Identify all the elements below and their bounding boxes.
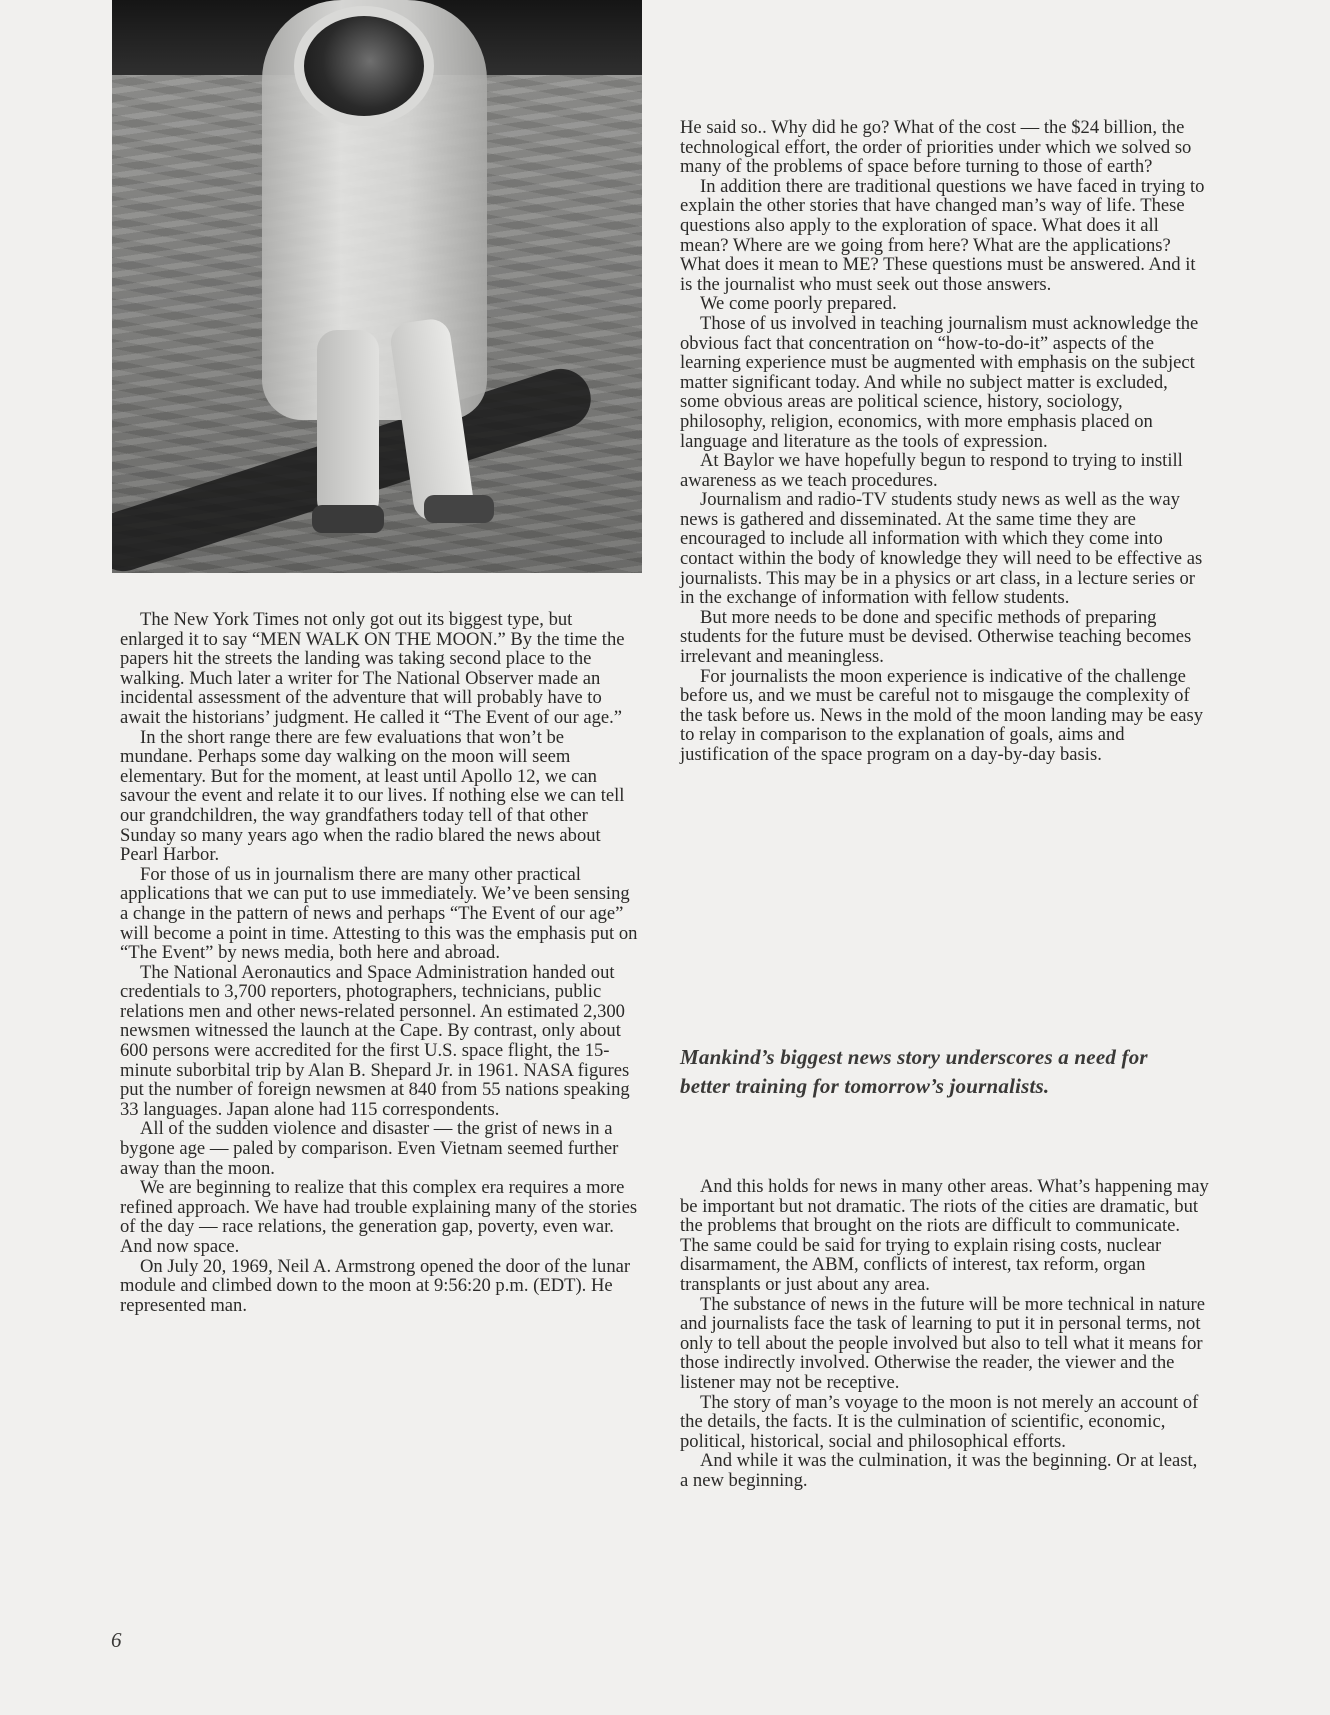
paragraph: At Baylor we have hopefully begun to res… (680, 451, 1210, 490)
astronaut-moon-photo (112, 0, 642, 573)
paragraph-continued: He said so.. Why did he go? What of the … (680, 118, 1210, 177)
paragraph: In addition there are traditional questi… (680, 177, 1210, 295)
paragraph: The National Aeronautics and Space Admin… (120, 963, 640, 1120)
left-column: The New York Times not only got out its … (120, 610, 640, 1315)
paragraph: For journalists the moon experience is i… (680, 667, 1210, 765)
paragraph: But more needs to be done and specific m… (680, 608, 1210, 667)
paragraph: The story of man’s voyage to the moon is… (680, 1393, 1210, 1452)
paragraph: Those of us involved in teaching journal… (680, 314, 1210, 451)
paragraph: In the short range there are few evaluat… (120, 728, 640, 865)
right-boot (424, 495, 494, 523)
paragraph: On July 20, 1969, Neil A. Armstrong open… (120, 1257, 640, 1316)
paragraph: And this holds for news in many other ar… (680, 1177, 1210, 1295)
pull-quote: Mankind’s biggest news story underscores… (680, 1043, 1180, 1101)
helmet-visor (294, 6, 434, 126)
paragraph: All of the sudden violence and disaster … (120, 1119, 640, 1178)
paragraph: Journalism and radio-TV students study n… (680, 490, 1210, 608)
paragraph: We are beginning to realize that this co… (120, 1178, 640, 1256)
left-boot (312, 505, 384, 533)
paragraph: The New York Times not only got out its … (120, 610, 640, 728)
page-number: 6 (111, 1628, 122, 1653)
right-column-continued: And this holds for news in many other ar… (680, 1177, 1210, 1491)
paragraph: We come poorly prepared. (680, 294, 1210, 314)
paragraph: The substance of news in the future will… (680, 1295, 1210, 1393)
paragraph: For those of us in journalism there are … (120, 865, 640, 963)
paragraph: And while it was the culmination, it was… (680, 1451, 1210, 1490)
spacesuit-left-leg (317, 330, 379, 520)
right-column: He said so.. Why did he go? What of the … (680, 118, 1210, 765)
magazine-page: The New York Times not only got out its … (0, 0, 1330, 1715)
